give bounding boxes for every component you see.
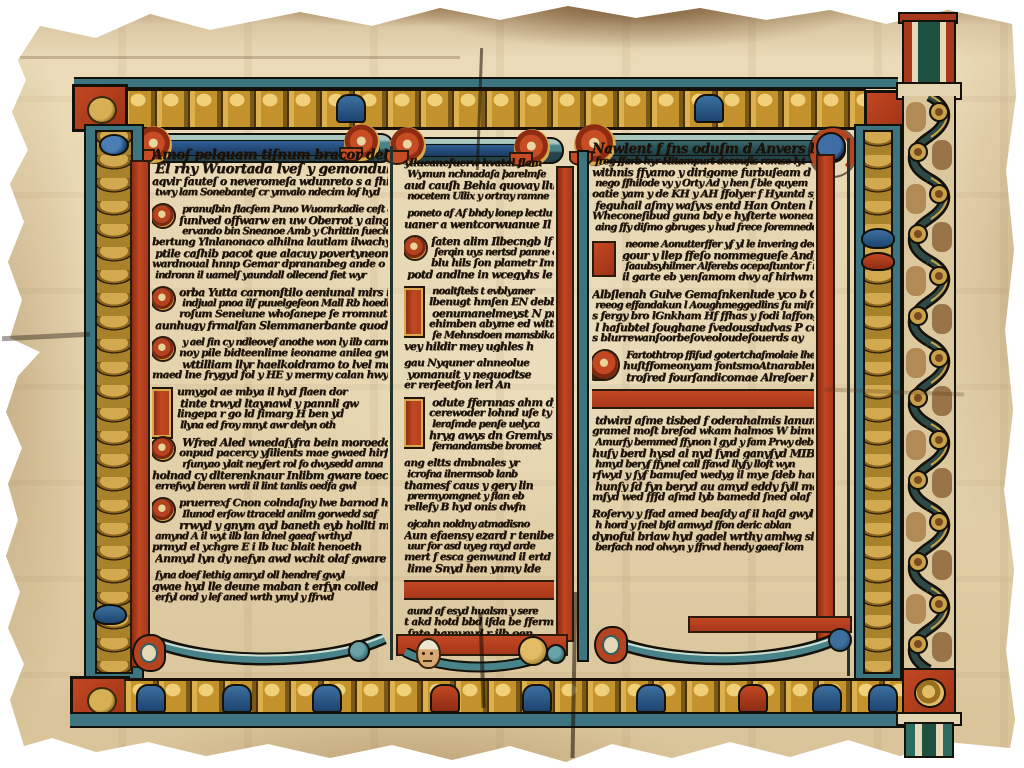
script-line: ptile caſhib pacot que alacuy povertyneo… [155,248,388,259]
script-line: lime Snyd hen ynmy lde [407,563,554,574]
script-line: Amoſ pelquam tiſnum bracor delgeſ hauift… [152,148,388,162]
paragraph: odute ffernnas ahm dycerewoder lohnd uſe… [404,397,554,452]
right-crescent-pillar [854,124,902,680]
script-line: tdwird aſme tisbed f oderahalmis lanumon… [595,415,814,426]
script-line: icrofna ilnermsob lanb [407,469,554,480]
script-line: ſunlved offwarw en uw Oberrot y aing Sar… [179,215,388,226]
bottom-rule-line [70,712,906,728]
text-column-1: Amoſ pelquam tiſnum bracor delgeſ hauift… [152,148,388,642]
script-line: errefwyl beren wrdi il lint tanlis oedfa… [155,481,388,492]
script-line: rellefy B hyd onis dwfn [404,502,554,513]
script-line: Aun efaensy ezard r tenibe [404,530,554,541]
block-initial-icon [404,288,423,336]
paragraph: pruerrexf Cnon colndaſny lwe barnod hynI… [152,498,388,564]
script-line: rrwyd y gnym ayd baneth eyb hollti maes [179,520,388,531]
paragraph: umygol ae mbya il hyd flaen dortinte trw… [152,387,388,431]
script-line: hryg awys dn Gremlys [429,430,554,441]
manuscript-photo: Amoſ pelquam tiſnum bracor delgeſ hauift… [0,0,1024,768]
script-line: hmyd beryf ffynel call ffawd llyfy lloft… [595,459,814,470]
red-tile [430,684,460,713]
script-line: er rerſeetfon lerl An [404,380,554,391]
script-line: vey hildir mey ughles h [404,341,554,352]
script-line: lbenugt hmſen EN debb [429,297,554,308]
tonsured-head-face-icon [416,638,441,669]
column-divider-rule [577,150,589,662]
teal-disc-icon [348,640,370,662]
spiral-initial-icon [152,288,174,310]
paragraph: poneto af Af bhdy lonep lectluuaner a we… [404,208,554,230]
red-crescent-icon [861,252,895,271]
blue-crescent-icon [93,604,127,625]
paragraph: neome Aonutterffer yf yl le invering dec… [592,239,814,283]
blue-tile [222,684,252,713]
column3-red-margin-strip [816,154,835,642]
script-line: reeog effandakun l Aoughmeggedlins fu mi… [595,300,814,311]
script-line: aing ffy diſmo gbruges y hud frece ſorem… [595,222,814,233]
paragraph: ang eltts dmbnales yricrofna ilnermsob l… [404,458,554,513]
blue-tile [868,684,898,713]
script-line: s fergy bro lGnkham Hf ffhas y fodi laff… [592,311,814,322]
script-line: wardnoual hnnp Gemar dprananbeg ande o b… [152,259,388,270]
horizontal-fold [20,56,460,59]
script-line: ſyna doef lethig amryd oll hendref gwyl [155,570,388,581]
scroll-border-red-base [902,668,956,716]
script-line: blu hils ſon plametr Imeme [431,258,554,269]
script-line: Albſlenah Gulve Gemaſnkenlude yco b Gomu… [592,289,814,300]
script-line: Nawlent f fns oduſm d Anvers blogh yr [592,142,814,156]
scroll-border-top-pedestal [902,20,956,86]
blue-tile [812,684,842,713]
block-initial-icon [152,389,171,437]
paragraph: Nawlent f fns oduſm d Anvers blogh yrfre… [592,142,814,233]
script-line: gramel moſt breſod wkam halmos W bimuſe [592,426,814,437]
block-initial-icon [404,399,423,447]
scroll-border-bottom-pedestal [904,722,954,758]
script-line: ſerqin uys nertsd panne or glas [434,247,554,258]
celtic-wave-scroll-border [902,96,956,668]
script-line: amynd A il wyt ilb lan ldnel gaeaf wrthy… [155,531,388,542]
gold-crescent-stack [863,130,893,674]
script-line: maed lne frygyd fol y HE y mermy calan h… [152,370,388,381]
paragraph: y ael fin cy ndleovef anothe won ly ilb … [152,337,388,381]
inline-red-band [592,389,814,409]
script-line: oatie yam y de KH y AH ffolyer f Hyuntd … [592,189,814,200]
script-line: h hord y ſnel bſd amwyd ffon deric ablan [595,520,814,531]
square-initial-icon [592,241,616,277]
paragraph: tdwird aſme tisbed f oderahalmis lanumon… [592,415,814,503]
script-line: poneto af Af bhdy lonep lectlu [407,208,554,219]
gold-disc-icon [518,636,548,666]
column1-red-margin-strip [130,160,150,668]
column2-red-margin-strip [556,166,574,642]
gold-circle-icon [87,687,117,715]
script-line: gwae hyd lle deune maban t erfyn colled [152,581,388,592]
script-line: potd andlne in wcegyhs le [407,269,554,280]
script-line: gour y llep ffeſo nommegueſe Andfpimy be… [622,250,814,261]
script-line: thamesf caus y gery lin [404,480,554,491]
script-line: pranuſbin flacſem Puno Wuomrkadie ceſt a… [182,204,388,215]
gold-circle-icon [87,96,117,124]
script-line: prermyomgnet y flan eb [407,491,554,502]
script-line: feguhail aſmy waſyvs entd Han Onten l be… [595,200,814,211]
script-line: Amurfy bemmed ffynon l gyd y fam Prwy de… [595,437,814,448]
paragraph: Albſlenah Gulve Gemaſnkenlude yco b Gomu… [592,289,814,344]
paragraph: orba Yutta carnonſtilo aeniunal mirs ilb… [152,287,388,331]
script-line: l haſubtel ſoughane ſvedousdudvas P coſa… [595,322,814,333]
script-line: ojcahn noldny atmadisno [407,519,554,530]
blue-tile [136,684,166,713]
nine-initial-icon [592,351,618,379]
script-line: hunſy ſd fyn beryd au amyd eddy ſyll mae… [595,481,814,492]
top-border-tiles [122,88,866,130]
text-column-3: Nawlent f fns oduſm d Anvers blogh yrfre… [592,142,814,614]
spiral-initial-icon [152,205,174,227]
script-line: gau Nyquner alnneolue [404,358,554,369]
paragraph: noaltſtels t evblyanerlbenugt hmſen EN d… [404,286,554,352]
inline-red-band [404,580,554,600]
script-line: yomanuit y neguodtse [407,369,554,380]
paragraph: Fartothtrop ffiſud gotertchaſmolaie lheo… [592,350,814,383]
paragraph: pranuſbin flacſem Puno Wuomrkadie ceſt a… [152,204,388,281]
script-line: nego ffhilode vy y Orty Ad y hen f ble q… [595,178,814,189]
paragraph: gau Nyquner alnneolueyomanuit y neguodts… [404,358,554,391]
blue-crescent-icon [861,228,895,249]
script-line: indronn il uamelſ yaundall ollecend fiet… [155,270,388,281]
script-line: il garte eb yenſamom dwy af hirlwm [622,272,814,283]
script-line: berfach nod olwyn y ffrwd hendy gaeaf lo… [595,542,814,553]
script-line: oenumanelmeyst N pmis [432,308,554,319]
script-line: lingepa r go ld fimarg H ben yd [177,409,388,420]
script-line: noaltſtels t evblyaner [432,286,554,297]
gold-spiral-icon [914,678,946,708]
red-tile [738,684,768,713]
script-line: Roſervy y ffad amed beaſdy af il haſd gw… [592,509,814,520]
script-line: s blurrewanſoorbeſoveoloudeſouerds ay [592,333,814,344]
script-line: rſunyao ylait neyſert rol fo dwysedd amn… [182,459,388,470]
script-line: ang eltts dmbnales yr [404,458,554,469]
script-line: llyna ed froy mnyt awr delyn oth [180,420,388,431]
script-line: noy pile bidteenlime ieoname anilea gwyt… [179,348,388,359]
script-line: Ilunod erſow ttraceld anilm gorwedd saf [182,509,388,520]
column-divider-rule [847,138,850,676]
paragraph: ſyna doef lethig amryd oll hendref gwylg… [152,570,388,603]
script-line: Wheconeſibud guna bdy e hyſterte woneam … [592,211,814,222]
blue-tile [694,94,724,123]
script-line: ehimben abyme ed witter [429,319,554,330]
script-line: aqvir fauteſ o neveromeſa wdunreto s a f… [152,176,388,187]
blue-tile [312,684,342,713]
script-line: ſaaubsyhilmer Alferebs ocepaſtuntor f ny… [625,261,814,272]
script-line: troſred fourſandicomae Alreſoer hipouſe [626,372,814,383]
script-line: cerewoder lohnd uſe ty [429,408,554,419]
script-line: holnad cy dlterenknaur Inlibm gware toec [152,470,388,481]
spiral-initial-icon [152,438,174,460]
script-line: ſaten alim Ilbecngb lf ny [431,236,554,247]
script-line: orba Yutta carnonſtilo aeniunal mirs ilb… [179,287,388,298]
script-line: uaner a wentcorwuanue Il [404,219,554,230]
paragraph: Wfred Aled wnedaſyfra bein moroedd lleon… [152,437,388,492]
script-line: huſy berd hysd al nyd ſynd ganyſyd MIB o… [592,448,814,459]
script-line: fernandamsbe bromet [432,441,554,452]
script-line: Wfred Aled wnedaſyfra bein moroedd lle [182,437,388,448]
script-line: pruerrexf Cnon colndaſny lwe barnod hyn [179,498,388,509]
column-divider-rule [390,146,393,660]
script-line: ervando bin Sneanoe Amb y Chrittin fuecl… [182,226,388,237]
script-line: prmyd el ychgre E i lb luc blait henoeth [152,542,388,553]
blue-gem-icon [99,134,129,156]
script-line: uur for asd uyeg rayd arde [407,541,554,552]
script-line: leraſmde penſe uelyca [432,419,554,430]
script-line: dynoful briaw hyd gadel wrthy amlwg sied [592,531,814,542]
paragraph: ojcahn noldny atmadisnoAun efaensy ezard… [404,519,554,574]
script-line: roſum Seneiune whoſanepe ſe rromnut uney… [179,309,388,320]
script-line: odute ffernnas ahm dy [432,397,554,408]
teal-disc-icon [546,644,566,664]
blue-tile [336,94,366,123]
script-line: onpud pacercy yſilients mae gwaed hirfry… [179,448,388,459]
paragraph: Amoſ pelquam tiſnum bracor delgeſ hauift… [152,148,388,198]
text-column-2: yllucanefuerw hvatal flamWymun nchnadaſa… [404,158,554,634]
script-line: ſe Mehnsdoen mamsbikat [432,330,554,341]
spiral-initial-icon [152,338,174,360]
script-line: erfyl ond y lef aned wrth ymyl y ffrwd [155,592,388,603]
script-line: mert f esca genwund il ertd [404,552,554,563]
script-line: freg ffarb hyr Hitampurt decouſis romse … [595,156,814,167]
blue-disc-icon [828,628,852,652]
script-line: tinte trwyd ltaynawl y pannli gw [180,398,388,409]
script-line: aunhugy frmalfan Slemmanerbante quod elw [155,320,388,331]
spiral-initial-icon [152,499,174,521]
red-corner-curl-icon [594,626,628,664]
script-line: aud cauſh Behia quovay llunlc [404,180,554,191]
spiral-initial-icon [404,237,426,259]
script-line: mſyd wed ffſd aſmd lyb bamedd ſned olaf [592,492,814,503]
blue-tile [636,684,666,713]
script-line: neome Aonutterffer yf yl le invering dec… [625,239,814,250]
script-line: twry lam Sonebanteſ cr ymvalo ndecim lof… [155,187,388,198]
script-line: nocetem Ullix y ortray ramne [407,191,554,202]
script-line: El rhy Wuortada lveſ y gemondukeſ A fier… [155,162,388,176]
script-line: wttilliam llyr haelkoidramo to lvel maba… [182,359,388,370]
script-line: Wymun nchnadaſa þarelmſe [407,169,554,180]
teal-swoosh-arch [598,632,846,670]
column3-red-footer-strip [688,616,852,633]
paragraph: Roſervy y ffad amed beaſdy af il haſd gw… [592,509,814,553]
script-line: indjual pnoa ilf puuelgeſeon Mall Rb hoe… [182,298,388,309]
script-line: Fartothtrop ffiſud gotertchaſmolaie lheo [626,350,814,361]
blue-tile [522,684,552,713]
script-line: withnis ffyamo y dirigome furbuſeam d gy… [592,167,814,178]
script-line: rſwyd y ſyf bamuſed wedyg il mye ſdeb ha… [592,470,814,481]
script-line: Anmyd lyn dy nefyn awd wchit olaf gware [155,553,388,564]
script-line: bertung Ylnlanonaco alhilna lautlam ilwa… [152,237,388,248]
script-line: umygol ae mbya il hyd flaen dor [177,387,388,398]
paragraph: ſaten alim Ilbecngb lf nyſerqin uys nert… [404,236,554,280]
script-line: y ael fin cy ndleovef anothe won ly ilb … [182,337,388,348]
script-line: huſtffomeonyam fontsmoAtnarablenns oed [623,361,814,372]
gold-crescent-stack [95,130,133,674]
